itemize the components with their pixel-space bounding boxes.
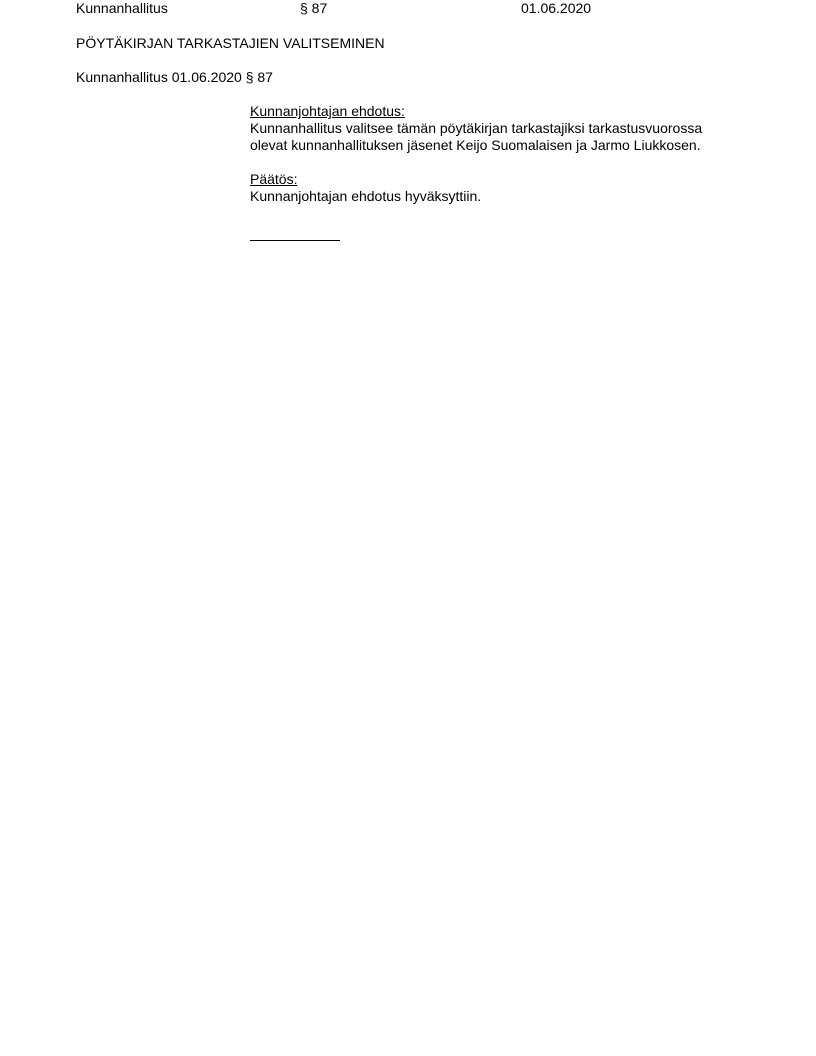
document-title: PÖYTÄKIRJAN TARKASTAJIEN VALITSEMINEN	[76, 35, 385, 51]
header-date: 01.06.2020	[521, 0, 591, 16]
spacer	[250, 154, 770, 171]
header-body-name: Kunnanhallitus	[76, 0, 168, 16]
proposal-heading: Kunnanjohtajan ehdotus:	[250, 103, 770, 120]
decision-heading: Päätös:	[250, 171, 770, 188]
signature-divider	[250, 240, 340, 241]
header-section-number: § 87	[300, 0, 327, 16]
proposal-line-1: Kunnanhallitus valitsee tämän pöytäkirja…	[250, 120, 770, 137]
document-content: Kunnanjohtajan ehdotus: Kunnanhallitus v…	[250, 103, 770, 205]
meeting-reference: Kunnanhallitus 01.06.2020 § 87	[76, 69, 273, 85]
decision-text: Kunnanjohtajan ehdotus hyväksyttiin.	[250, 188, 770, 205]
proposal-line-2: olevat kunnanhallituksen jäsenet Keijo S…	[250, 137, 770, 154]
